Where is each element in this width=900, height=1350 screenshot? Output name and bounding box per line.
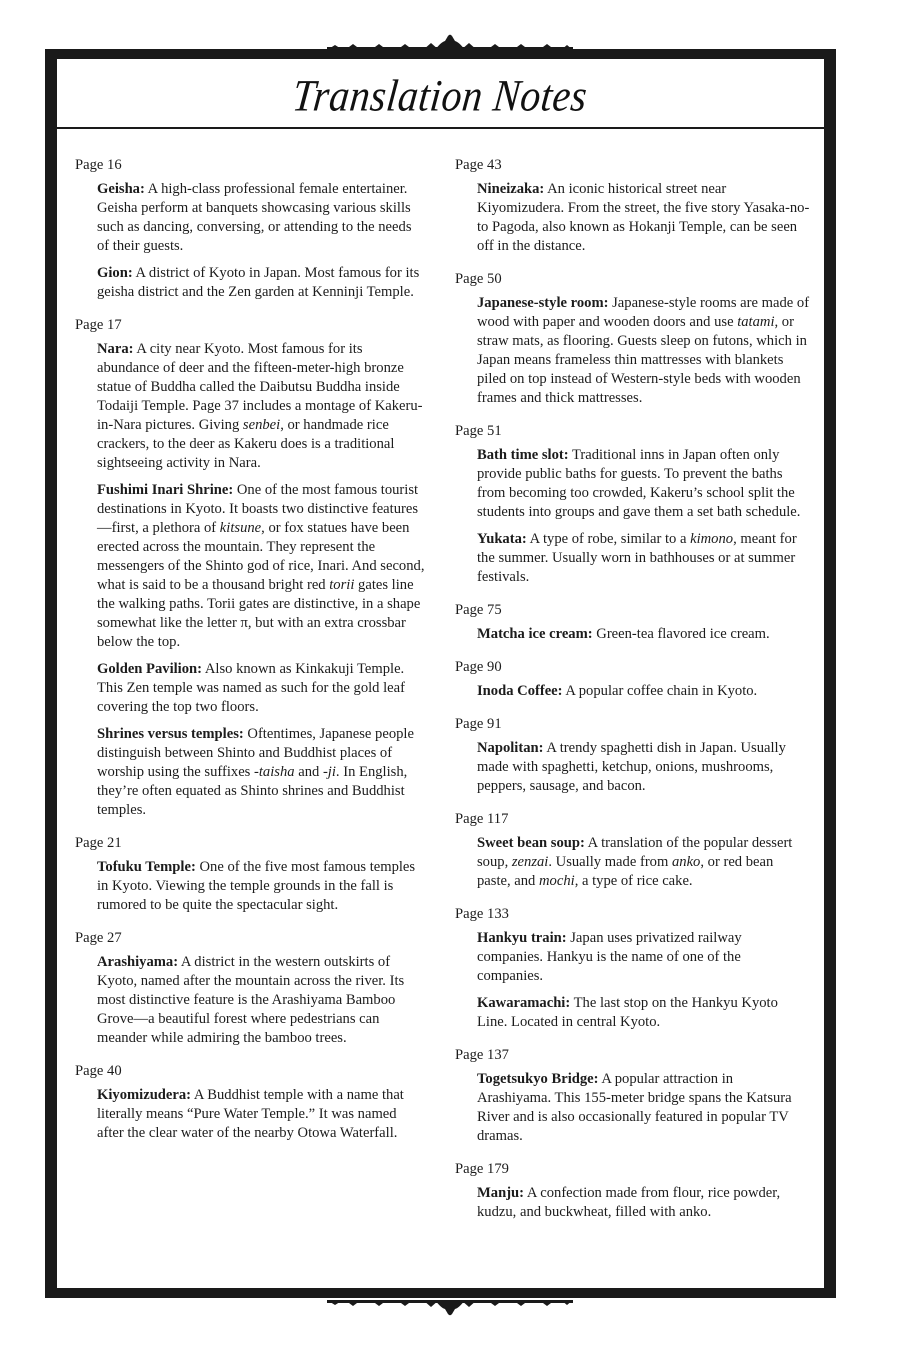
page-label: Page 117 [455, 810, 810, 829]
note-group: Page 137Togetsukyo Bridge: A popular att… [455, 1046, 810, 1146]
note-text: A popular coffee chain in Kyoto. [563, 683, 758, 699]
page-label: Page 133 [455, 905, 810, 924]
note-group: Page 40Kiyomizudera: A Buddhist temple w… [75, 1062, 425, 1143]
note-term: Inoda Coffee: [477, 683, 563, 699]
italic-term: kimono [690, 531, 733, 547]
page-label: Page 40 [75, 1062, 425, 1081]
italic-term: torii [329, 577, 354, 593]
italic-term: anko [672, 854, 700, 870]
note-term: Japanese-style room: [477, 295, 608, 311]
italic-term: tatami [737, 314, 774, 330]
note-entry: Kawaramachi: The last stop on the Hankyu… [477, 994, 810, 1032]
note-entry: Geisha: A high-class professional female… [97, 180, 425, 256]
note-term: Napolitan: [477, 740, 544, 756]
page-label: Page 50 [455, 270, 810, 289]
note-entry: Hankyu train: Japan uses privatized rail… [477, 929, 810, 986]
page-title: Translation Notes [291, 69, 591, 122]
note-entry: Sweet bean soup: A translation of the po… [477, 834, 810, 891]
page-label: Page 16 [75, 156, 425, 175]
note-entry: Japanese-style room: Japanese-style room… [477, 294, 810, 408]
note-entry: Golden Pavilion: Also known as Kinkakuji… [97, 660, 425, 717]
note-group: Page 16Geisha: A high-class professional… [75, 156, 425, 302]
page-label: Page 21 [75, 834, 425, 853]
note-text: and [295, 764, 323, 780]
note-entry: Manju: A confection made from flour, ric… [477, 1184, 810, 1222]
note-entry: Bath time slot: Traditional inns in Japa… [477, 446, 810, 522]
right-column: Page 43Nineizaka: An iconic historical s… [455, 156, 810, 1236]
note-group: Page 90Inoda Coffee: A popular coffee ch… [455, 658, 810, 701]
page-label: Page 137 [455, 1046, 810, 1065]
note-group: Page 133Hankyu train: Japan uses privati… [455, 905, 810, 1032]
note-group: Page 75Matcha ice cream: Green-tea flavo… [455, 601, 810, 644]
page-label: Page 91 [455, 715, 810, 734]
italic-term: mochi [539, 873, 575, 889]
note-term: Bath time slot: [477, 447, 569, 463]
note-term: Shrines versus temples: [97, 726, 244, 742]
note-term: Geisha: [97, 181, 145, 197]
page-label: Page 75 [455, 601, 810, 620]
page-label: Page 179 [455, 1160, 810, 1179]
note-term: Gion: [97, 265, 133, 281]
note-entry: Togetsukyo Bridge: A popular attraction … [477, 1070, 810, 1146]
note-entry: Inoda Coffee: A popular coffee chain in … [477, 682, 810, 701]
note-text: . Usually made from [548, 854, 672, 870]
italic-term: kitsune [220, 520, 261, 536]
page-frame: Translation Notes Page 16Geisha: A high-… [45, 49, 836, 1298]
note-term: Nineizaka: [477, 181, 544, 197]
italic-term: -ji [323, 764, 336, 780]
page-label: Page 27 [75, 929, 425, 948]
page-label: Page 43 [455, 156, 810, 175]
note-entry: Nineizaka: An iconic historical street n… [477, 180, 810, 256]
note-term: Tofuku Temple: [97, 859, 196, 875]
note-term: Golden Pavilion: [97, 661, 202, 677]
page-label: Page 17 [75, 316, 425, 335]
note-text: , a type of rice cake. [575, 873, 693, 889]
note-text: A district of Kyoto in Japan. Most famou… [97, 265, 419, 300]
note-text: A type of robe, similar to a [527, 531, 690, 547]
page-label: Page 51 [455, 422, 810, 441]
left-column: Page 16Geisha: A high-class professional… [75, 156, 425, 1157]
italic-term: zenzai [512, 854, 548, 870]
note-term: Arashiyama: [97, 954, 178, 970]
note-group: Page 117Sweet bean soup: A translation o… [455, 810, 810, 891]
note-term: Manju: [477, 1185, 524, 1201]
note-text: A high-class professional female enterta… [97, 181, 412, 254]
note-group: Page 27Arashiyama: A district in the wes… [75, 929, 425, 1048]
note-term: Kiyomizudera: [97, 1087, 191, 1103]
note-term: Yukata: [477, 531, 527, 547]
note-group: Page 50Japanese-style room: Japanese-sty… [455, 270, 810, 408]
bottom-ornament-icon [327, 1300, 573, 1316]
note-group: Page 17Nara: A city near Kyoto. Most fam… [75, 316, 425, 820]
italic-term: senbei [243, 417, 280, 433]
note-term: Togetsukyo Bridge: [477, 1071, 599, 1087]
note-term: Fushimi Inari Shrine: [97, 482, 233, 498]
note-entry: Matcha ice cream: Green-tea flavored ice… [477, 625, 810, 644]
title-band: Translation Notes [57, 59, 824, 129]
note-entry: Yukata: A type of robe, similar to a kim… [477, 530, 810, 587]
note-entry: Tofuku Temple: One of the five most famo… [97, 858, 425, 915]
note-group: Page 91Napolitan: A trendy spaghetti dis… [455, 715, 810, 796]
note-text: Green-tea flavored ice cream. [593, 626, 770, 642]
note-term: Sweet bean soup: [477, 835, 585, 851]
note-group: Page 21Tofuku Temple: One of the five mo… [75, 834, 425, 915]
note-entry: Fushimi Inari Shrine: One of the most fa… [97, 481, 425, 652]
note-group: Page 51Bath time slot: Traditional inns … [455, 422, 810, 587]
note-entry: Nara: A city near Kyoto. Most famous for… [97, 340, 425, 473]
italic-term: -taisha [254, 764, 295, 780]
note-term: Nara: [97, 341, 133, 357]
note-entry: Gion: A district of Kyoto in Japan. Most… [97, 264, 425, 302]
note-entry: Arashiyama: A district in the western ou… [97, 953, 425, 1048]
note-entry: Kiyomizudera: A Buddhist temple with a n… [97, 1086, 425, 1143]
note-term: Kawaramachi: [477, 995, 570, 1011]
note-entry: Napolitan: A trendy spaghetti dish in Ja… [477, 739, 810, 796]
note-term: Hankyu train: [477, 930, 567, 946]
note-term: Matcha ice cream: [477, 626, 593, 642]
note-entry: Shrines versus temples: Oftentimes, Japa… [97, 725, 425, 820]
note-group: Page 179Manju: A confection made from fl… [455, 1160, 810, 1222]
top-ornament-icon [327, 34, 573, 50]
note-group: Page 43Nineizaka: An iconic historical s… [455, 156, 810, 256]
page-label: Page 90 [455, 658, 810, 677]
